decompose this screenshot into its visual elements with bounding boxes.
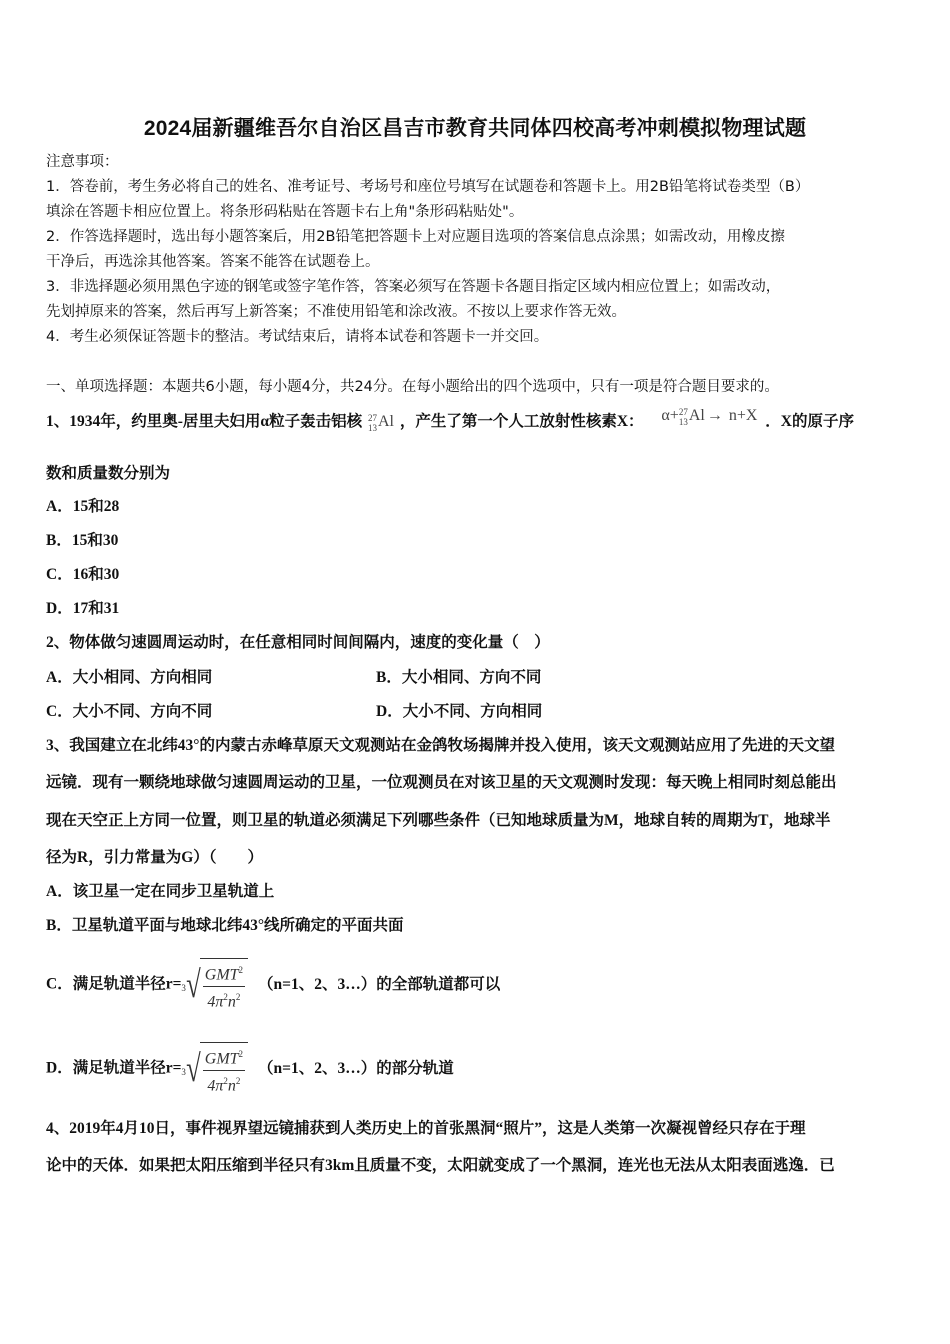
notice-line: 2．作答选择题时，选出每小题答案后，用2B铅笔把答题卡上对应题目选项的答案信息点… xyxy=(46,227,785,247)
exponent: 2 xyxy=(236,992,241,1002)
question-3-line: 3、我国建立在北纬43°的内蒙古赤峰草原天文观测站在金鸽牧场揭牌并投入使用，该天… xyxy=(46,736,835,756)
atomic-number: 13 xyxy=(368,423,377,433)
q1-option-a[interactable]: A．15和28 xyxy=(46,497,119,517)
exponent: 2 xyxy=(239,1049,244,1059)
element-symbol: Al xyxy=(689,407,705,424)
q1-option-d[interactable]: D．17和31 xyxy=(46,599,119,619)
formula-numerator: GMT2 xyxy=(203,960,245,986)
question-1-stem: 1、1934年，约里奥-居里夫妇用α粒子轰击铝核 2713Al ，产生了第一个人… xyxy=(46,412,854,433)
equation-lhs: α+ xyxy=(661,407,678,424)
numerator-text: GMT xyxy=(205,967,239,984)
q3-option-d[interactable]: D．满足轨道半径r= 3√GMT24π2n2 （n=1、2、3…）的部分轨道 xyxy=(46,1038,454,1094)
q3-option-b[interactable]: B．卫星轨道平面与地球北纬43°线所确定的平面共面 xyxy=(46,916,404,936)
notice-line: 填涂在答题卡相应位置上。将条形码粘贴在答题卡右上角"条形码粘贴处"。 xyxy=(46,202,523,222)
notice-heading: 注意事项： xyxy=(46,152,119,172)
question-3-line: 径为R，引力常量为G）（ ） xyxy=(46,848,263,868)
q2-option-a[interactable]: A．大小相同、方向相同 xyxy=(46,668,212,688)
notice-line: 3．非选择题必须用黑色字迹的钢笔或签字笔作答，答案必须写在答题卡各题目指定区域内… xyxy=(46,277,780,297)
q1-text-part: 1、1934年，约里奥-居里夫妇用α粒子轰击铝核 xyxy=(46,413,362,430)
atomic-number: 13 xyxy=(679,417,688,427)
arrow-icon: → xyxy=(707,407,723,424)
radical-sign-icon: √ xyxy=(186,965,201,1005)
option-suffix: （n=1、2、3…）的全部轨道都可以 xyxy=(258,976,500,993)
denominator-coef: 4π xyxy=(207,993,223,1010)
radical-sign-icon: √ xyxy=(186,1049,201,1089)
q1-text-part: ，产生了第一个人工放射性核素X： xyxy=(400,413,644,430)
option-prefix: C．满足轨道半径r= xyxy=(46,976,181,993)
exponent: 2 xyxy=(239,965,244,975)
aluminum-nuclide: 2713Al xyxy=(368,412,394,432)
question-2-stem: 2、物体做匀速圆周运动时，在任意相同时间间隔内，速度的变化量（ ） xyxy=(46,633,550,653)
nuclear-equation: α+2713Al→n+X xyxy=(661,406,757,426)
cube-root-formula: 3√GMT24π2n2 xyxy=(181,1038,248,1100)
notice-line: 干净后，再选涂其他答案。答案不能答在试题卷上。 xyxy=(46,252,380,272)
q3-option-a[interactable]: A．该卫星一定在同步卫星轨道上 xyxy=(46,882,274,902)
q2-option-b[interactable]: B．大小相同、方向不同 xyxy=(376,668,541,688)
exam-page: 2024届新疆维吾尔自治区昌吉市教育共同体四校高考冲刺模拟物理试题 注意事项： … xyxy=(0,0,950,1344)
q2-option-d[interactable]: D．大小不同、方向相同 xyxy=(376,702,542,722)
question-3-line: 现在天空正上方同一位置，则卫星的轨道必须满足下列哪些条件（已知地球质量为M，地球… xyxy=(46,811,830,831)
denominator-var: n xyxy=(228,993,236,1010)
q1-option-b[interactable]: B．15和30 xyxy=(46,531,118,551)
option-suffix: （n=1、2、3…）的部分轨道 xyxy=(258,1060,454,1077)
section-heading: 一、单项选择题：本题共6小题，每小题4分，共24分。在每小题给出的四个选项中，只… xyxy=(46,377,779,397)
exponent: 2 xyxy=(236,1076,241,1086)
question-1-stem-cont: 数和质量数分别为 xyxy=(46,464,170,484)
notice-line: 4．考生必须保证答题卡的整洁。考试结束后，请将本试卷和答题卡一并交回。 xyxy=(46,327,548,347)
q1-option-c[interactable]: C．16和30 xyxy=(46,565,119,585)
exam-title: 2024届新疆维吾尔自治区昌吉市教育共同体四校高考冲刺模拟物理试题 xyxy=(0,112,950,142)
q1-text-part: ．X的原子序 xyxy=(765,413,854,430)
mass-number: 27 xyxy=(679,407,688,417)
denominator-var: n xyxy=(228,1077,236,1094)
notice-line: 1．答卷前，考生务必将自己的姓名、准考证号、考场号和座位号填写在试题卷和答题卡上… xyxy=(46,177,809,197)
element-symbol: Al xyxy=(378,413,394,430)
question-4-line: 4、2019年4月10日，事件视界望远镜捕获到人类历史上的首张黑洞“照片”，这是… xyxy=(46,1119,806,1139)
question-3-line: 远镜．现有一颗绕地球做匀速圆周运动的卫星，一位观测员在对该卫星的天文观测时发现：… xyxy=(46,773,837,793)
equation-rhs: n+X xyxy=(729,407,758,424)
formula-numerator: GMT2 xyxy=(203,1044,245,1070)
formula-denominator: 4π2n2 xyxy=(207,987,240,1012)
numerator-text: GMT xyxy=(205,1051,239,1068)
question-4-line: 论中的天体．如果把太阳压缩到半径只有3km且质量不变，太阳就变成了一个黑洞，连光… xyxy=(46,1156,835,1176)
q2-option-c[interactable]: C．大小不同、方向不同 xyxy=(46,702,212,722)
formula-denominator: 4π2n2 xyxy=(207,1071,240,1096)
q3-option-c[interactable]: C．满足轨道半径r= 3√GMT24π2n2 （n=1、2、3…）的全部轨道都可… xyxy=(46,954,500,1010)
notice-line: 先划掉原来的答案，然后再写上新答案；不准使用铅笔和涂改液。不按以上要求作答无效。 xyxy=(46,302,626,322)
mass-number: 27 xyxy=(368,413,377,423)
option-prefix: D．满足轨道半径r= xyxy=(46,1060,181,1077)
cube-root-formula: 3√GMT24π2n2 xyxy=(181,954,248,1016)
denominator-coef: 4π xyxy=(207,1077,223,1094)
